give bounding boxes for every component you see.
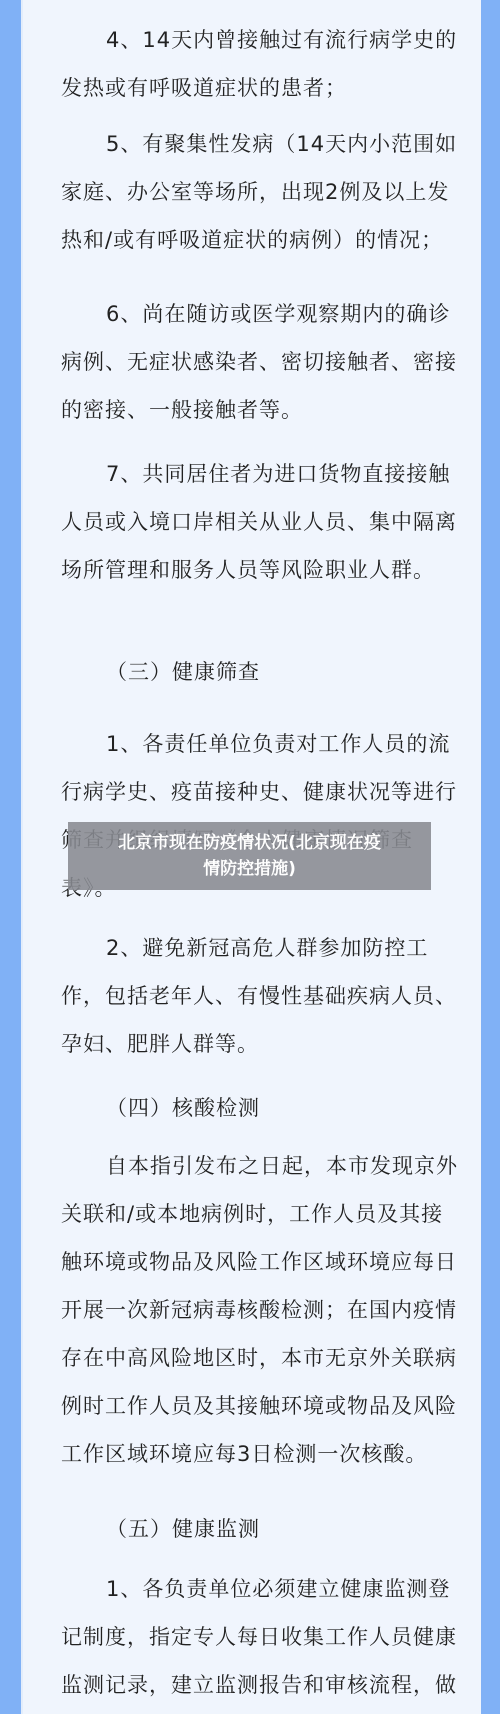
title-caption-overlay: 北京市现在防疫情状况(北京现在疫 情防控措施) xyxy=(68,822,431,890)
text-line: 4、14天内曾接触过有流行病学史的 xyxy=(61,16,491,64)
text-line: 关联和/或本地病例时，工作人员及其接 xyxy=(61,1190,491,1238)
text-line: 家庭、办公室等场所，出现2例及以上发 xyxy=(61,168,491,216)
text-line: 5、有聚集性发病（14天内小范围如 xyxy=(61,120,491,168)
text-line: 场所管理和服务人员等风险职业人群。 xyxy=(61,546,491,594)
text-line: 行病学史、疫苗接种史、健康状况等进行 xyxy=(61,768,491,816)
text-line: 存在中高风险地区时，本市无京外关联病 xyxy=(61,1334,491,1382)
text-line: 记制度，指定专人每日收集工作人员健康 xyxy=(61,1613,491,1661)
text-line: 1、各责任单位负责对工作人员的流 xyxy=(61,720,491,768)
item-6-paragraph: 6、尚在随访或医学观察期内的确诊 病例、无症状感染者、密切接触者、密接 的密接、… xyxy=(61,290,491,434)
section-3-heading: （三）健康筛查 xyxy=(106,657,260,687)
left-blue-border xyxy=(0,0,21,1714)
text-line: 热和/或有呼吸道症状的病例）的情况； xyxy=(61,216,491,264)
text-line: 例时工作人员及其接触环境或物品及风险 xyxy=(61,1382,491,1430)
caption-line-1: 北京市现在防疫情状况(北京现在疫 xyxy=(68,830,431,856)
text-line: 触环境或物品及风险工作区域环境应每日 xyxy=(61,1238,491,1286)
text-line: 2、避免新冠高危人群参加防控工 xyxy=(61,924,491,972)
text-line: 6、尚在随访或医学观察期内的确诊 xyxy=(61,290,491,338)
text-line: 自本指引发布之日起，本市发现京外 xyxy=(61,1142,491,1190)
text-line: 发热或有呼吸道症状的患者； xyxy=(61,64,491,112)
text-line: 监测记录，建立监测报告和审核流程，做 xyxy=(61,1661,491,1709)
text-line: 的密接、一般接触者等。 xyxy=(61,386,491,434)
section-3-item-2-paragraph: 2、避免新冠高危人群参加防控工 作，包括老年人、有慢性基础疾病人员、 孕妇、肥胖… xyxy=(61,924,491,1068)
section-5-heading: （五）健康监测 xyxy=(106,1514,260,1544)
text-line: 人员或入境口岸相关从业人员、集中隔离 xyxy=(61,498,491,546)
text-line: 病例、无症状感染者、密切接触者、密接 xyxy=(61,338,491,386)
text-line: 开展一次新冠病毒核酸检测；在国内疫情 xyxy=(61,1286,491,1334)
section-5-item-1-paragraph: 1、各负责单位必须建立健康监测登 记制度，指定专人每日收集工作人员健康 监测记录… xyxy=(61,1565,491,1709)
item-7-paragraph: 7、共同居住者为进口货物直接接触 人员或入境口岸相关从业人员、集中隔离 场所管理… xyxy=(61,450,491,594)
item-4-paragraph: 4、14天内曾接触过有流行病学史的 发热或有呼吸道症状的患者； xyxy=(61,16,491,112)
text-line: 孕妇、肥胖人群等。 xyxy=(61,1020,491,1068)
text-line: 1、各负责单位必须建立健康监测登 xyxy=(61,1565,491,1613)
caption-line-2: 情防控措施) xyxy=(68,856,431,882)
section-4-paragraph: 自本指引发布之日起，本市发现京外 关联和/或本地病例时，工作人员及其接 触环境或… xyxy=(61,1142,491,1478)
text-line: 作，包括老年人、有慢性基础疾病人员、 xyxy=(61,972,491,1020)
text-line: 7、共同居住者为进口货物直接接触 xyxy=(61,450,491,498)
item-5-paragraph: 5、有聚集性发病（14天内小范围如 家庭、办公室等场所，出现2例及以上发 热和/… xyxy=(61,120,491,264)
text-line: 工作区域环境应每3日检测一次核酸。 xyxy=(61,1430,491,1478)
section-4-heading: （四）核酸检测 xyxy=(106,1093,260,1123)
